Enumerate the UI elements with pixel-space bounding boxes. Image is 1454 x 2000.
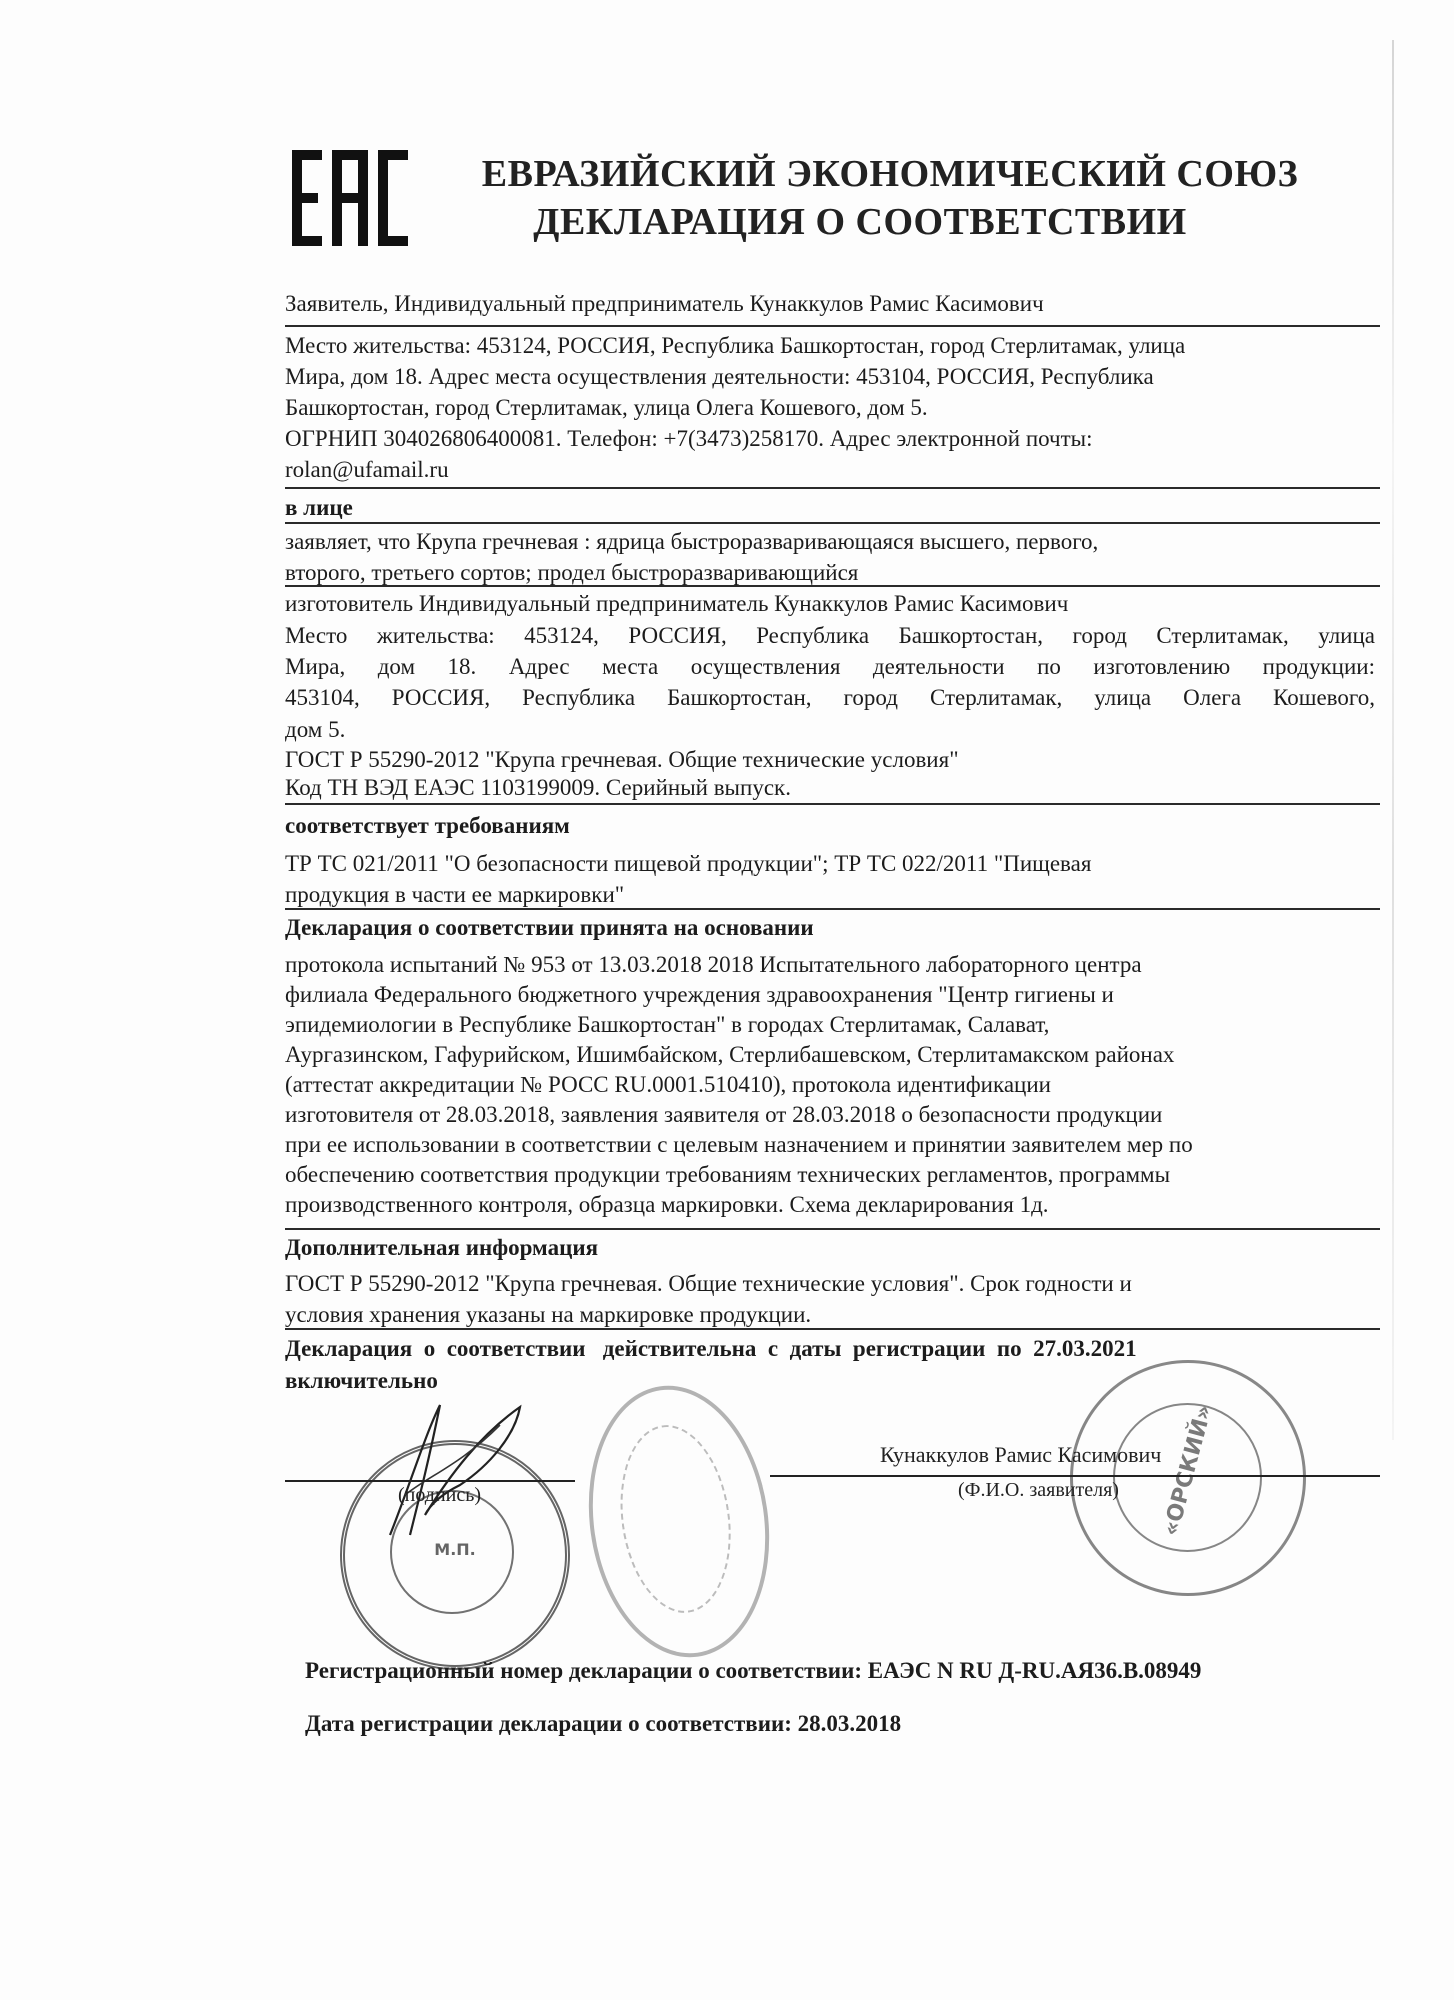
scan-edge-artifact xyxy=(1392,40,1394,1440)
applicant-address: Место жительства: 453124, РОССИЯ, Респуб… xyxy=(285,330,1375,485)
regulation-line: продукция в части ее маркировки" xyxy=(285,879,1375,910)
applicant-name: Кунаккулов Рамис Касимович xyxy=(880,1442,1161,1468)
name-caption: (Ф.И.О. заявителя) xyxy=(958,1479,1119,1502)
basis-text: протокола испытаний № 953 от 13.03.2018 … xyxy=(285,950,1375,1220)
basis-line: филиала Федерального бюджетного учрежден… xyxy=(285,980,1375,1010)
product-statement: заявляет, что Крупа гречневая : ядрица б… xyxy=(285,526,1375,588)
divider xyxy=(285,803,1380,805)
in-person-label: в лице xyxy=(285,492,1375,523)
divider xyxy=(285,487,1380,489)
divider xyxy=(285,908,1380,910)
statement-line: второго, третьего сортов; продел быстрор… xyxy=(285,557,1375,588)
basis-line: при ее использовании в соответствии с це… xyxy=(285,1130,1375,1160)
divider xyxy=(285,1228,1380,1230)
address-line: ОГРНИП 304026806400081. Телефон: +7(3473… xyxy=(285,423,1375,454)
basis-line: Аургазинском, Гафурийском, Ишимбайском, … xyxy=(285,1040,1375,1070)
manufacturer-address: Место жительства: 453124, РОССИЯ, Респуб… xyxy=(285,620,1375,713)
address-line: Мира, дом 18. Адрес места осуществления … xyxy=(285,651,1375,682)
registration-number: Регистрационный номер декларации о соотв… xyxy=(305,1655,1395,1686)
statement-line: заявляет, что Крупа гречневая : ядрица б… xyxy=(285,526,1375,557)
applicant-label: Заявитель, Индивидуальный предпринимател… xyxy=(285,288,1375,319)
basis-line: изготовителя от 28.03.2018, заявления за… xyxy=(285,1100,1375,1130)
declaration-page: ЕВРАЗИЙСКИЙ ЭКОНОМИЧЕСКИЙ СОЮЗ ДЕКЛАРАЦИ… xyxy=(0,0,1454,2000)
signature-caption: (подпись) xyxy=(398,1484,481,1507)
divider xyxy=(285,1328,1380,1330)
email-line: rolan@ufamail.ru xyxy=(285,454,1375,485)
eac-logo-svg xyxy=(290,148,410,248)
address-line: Место жительства: 453124, РОССИЯ, Респуб… xyxy=(285,330,1375,361)
address-line: Башкортостан, город Стерлитамак, улица О… xyxy=(285,392,1375,423)
regulation-line: ТР ТС 021/2011 "О безопасности пищевой п… xyxy=(285,848,1375,879)
signature-line xyxy=(285,1480,575,1482)
conformity-regulations: ТР ТС 021/2011 "О безопасности пищевой п… xyxy=(285,848,1375,910)
seal-stamp-middle xyxy=(572,1374,786,1669)
conformity-label: соответствует требованиям xyxy=(285,810,1375,841)
additional-line: ГОСТ Р 55290-2012 "Крупа гречневая. Общи… xyxy=(285,1268,1375,1299)
divider xyxy=(285,325,1380,327)
address-line: Мира, дом 18. Адрес места осуществления … xyxy=(285,361,1375,392)
seal-stamp-right: «ОРСКИЙ» xyxy=(1070,1360,1306,1596)
additional-info-text: ГОСТ Р 55290-2012 "Крупа гречневая. Общи… xyxy=(285,1268,1375,1330)
eac-mark-icon xyxy=(290,148,410,248)
document-header: ЕВРАЗИЙСКИЙ ЭКОНОМИЧЕСКИЙ СОЮЗ ДЕКЛАРАЦИ… xyxy=(420,150,1300,246)
basis-line: протокола испытаний № 953 от 13.03.2018 … xyxy=(285,950,1375,980)
divider xyxy=(285,522,1380,524)
basis-line: (аттестат аккредитации № РОСС RU.0001.51… xyxy=(285,1070,1375,1100)
manufacturer-address-end: дом 5. xyxy=(285,714,1375,745)
product-code: Код ТН ВЭД ЕАЭС 1103199009. Серийный вып… xyxy=(285,772,1375,803)
basis-line: эпидемиологии в Республике Башкортостан"… xyxy=(285,1010,1375,1040)
basis-line: производственного контроля, образца марк… xyxy=(285,1190,1375,1220)
name-line xyxy=(770,1475,1380,1477)
handwritten-signature-icon xyxy=(370,1395,540,1545)
seal-inner-ring xyxy=(609,1418,742,1620)
union-title: ЕВРАЗИЙСКИЙ ЭКОНОМИЧЕСКИЙ СОЮЗ xyxy=(480,150,1300,198)
divider xyxy=(285,585,1380,587)
product-standard: ГОСТ Р 55290-2012 "Крупа гречневая. Общи… xyxy=(285,744,1375,775)
manufacturer-label: изготовитель Индивидуальный предпринимат… xyxy=(285,588,1375,619)
address-line: Место жительства: 453124, РОССИЯ, Респуб… xyxy=(285,620,1375,651)
basis-label: Декларация о соответствии принята на осн… xyxy=(285,912,1375,943)
declaration-title: ДЕКЛАРАЦИЯ О СООТВЕТСТВИИ xyxy=(420,198,1300,246)
address-line: 453104, РОССИЯ, Республика Башкортостан,… xyxy=(285,682,1375,713)
additional-info-label: Дополнительная информация xyxy=(285,1232,1375,1263)
basis-line: обеспечению соответствия продукции требо… xyxy=(285,1160,1375,1190)
additional-line: условия хранения указаны на маркировке п… xyxy=(285,1299,1375,1330)
registration-date: Дата регистрации декларации о соответств… xyxy=(305,1708,1395,1739)
